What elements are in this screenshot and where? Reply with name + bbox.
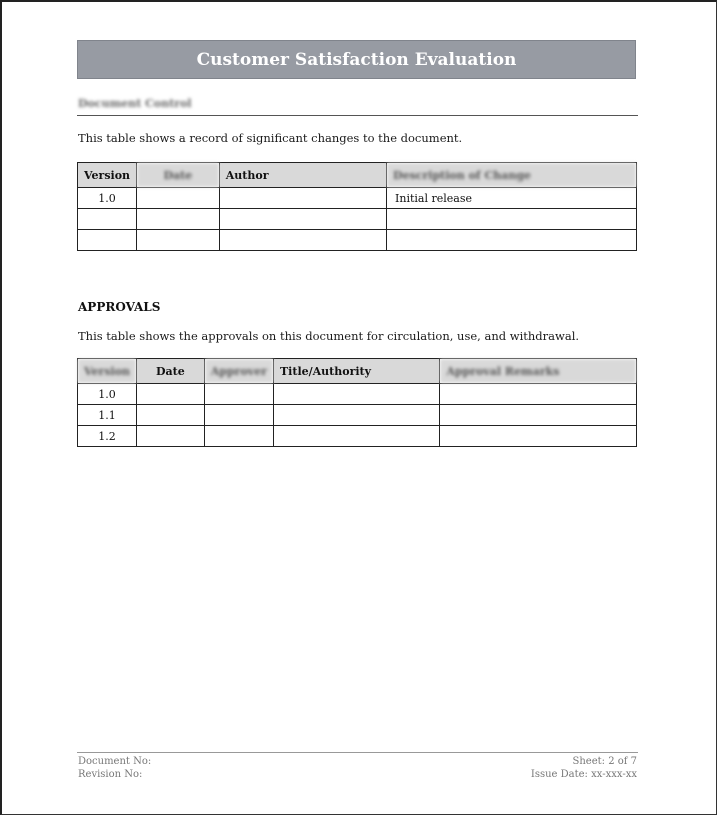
cell-approver <box>204 384 273 405</box>
cell-version <box>78 230 137 251</box>
cell-title-authority <box>274 426 440 447</box>
column-header-version: Version <box>78 163 137 188</box>
document-control-intro: This table shows a record of significant… <box>78 131 462 145</box>
cell-date <box>137 384 205 405</box>
cell-approval-remarks <box>440 384 637 405</box>
approvals-table: Version Date Approver Title/Authority Ap… <box>77 358 637 447</box>
cell-version: 1.1 <box>78 405 137 426</box>
cell-description: Initial release <box>387 188 637 209</box>
footer-right: Sheet: 2 of 7 Issue Date: xx-xxx-xx <box>531 755 637 781</box>
table-row <box>78 230 637 251</box>
table-header-row: Version Date Author Description of Chang… <box>78 163 637 188</box>
document-number-label: Document No: <box>78 755 151 768</box>
cell-date <box>137 230 220 251</box>
cell-approval-remarks <box>440 405 637 426</box>
document-title: Customer Satisfaction Evaluation <box>197 50 517 70</box>
revision-number-label: Revision No: <box>78 768 151 781</box>
cell-approver <box>204 426 273 447</box>
footer-left: Document No: Revision No: <box>78 755 151 781</box>
cell-version <box>78 209 137 230</box>
column-header-approval-remarks: Approval Remarks <box>440 359 637 384</box>
approvals-heading: APPROVALS <box>78 300 160 314</box>
column-header-author: Author <box>219 163 386 188</box>
cell-approver <box>204 405 273 426</box>
table-row <box>78 209 637 230</box>
footer-divider <box>77 752 638 753</box>
document-control-table: Version Date Author Description of Chang… <box>77 162 637 251</box>
cell-date <box>137 209 220 230</box>
approvals-intro: This table shows the approvals on this d… <box>78 329 579 343</box>
cell-title-authority <box>274 405 440 426</box>
cell-date <box>137 405 205 426</box>
table-row: 1.1 <box>78 405 637 426</box>
column-header-date: Date <box>137 163 220 188</box>
column-header-title-authority: Title/Authority <box>274 359 440 384</box>
column-header-approver: Approver <box>204 359 273 384</box>
cell-description <box>387 230 637 251</box>
section-divider <box>77 115 638 116</box>
cell-description <box>387 209 637 230</box>
document-control-heading: Document Control <box>78 97 192 110</box>
cell-author <box>219 209 386 230</box>
table-row: 1.2 <box>78 426 637 447</box>
cell-version: 1.2 <box>78 426 137 447</box>
cell-author <box>219 230 386 251</box>
issue-date: Issue Date: xx-xxx-xx <box>531 768 637 781</box>
cell-version: 1.0 <box>78 188 137 209</box>
cell-date <box>137 426 205 447</box>
document-title-banner: Customer Satisfaction Evaluation <box>77 40 636 79</box>
column-header-version: Version <box>78 359 137 384</box>
cell-version: 1.0 <box>78 384 137 405</box>
sheet-number: Sheet: 2 of 7 <box>531 755 637 768</box>
table-header-row: Version Date Approver Title/Authority Ap… <box>78 359 637 384</box>
column-header-description: Description of Change <box>387 163 637 188</box>
cell-author <box>219 188 386 209</box>
cell-title-authority <box>274 384 440 405</box>
cell-approval-remarks <box>440 426 637 447</box>
column-header-date: Date <box>137 359 205 384</box>
cell-date <box>137 188 220 209</box>
table-row: 1.0 <box>78 384 637 405</box>
table-row: 1.0 Initial release <box>78 188 637 209</box>
